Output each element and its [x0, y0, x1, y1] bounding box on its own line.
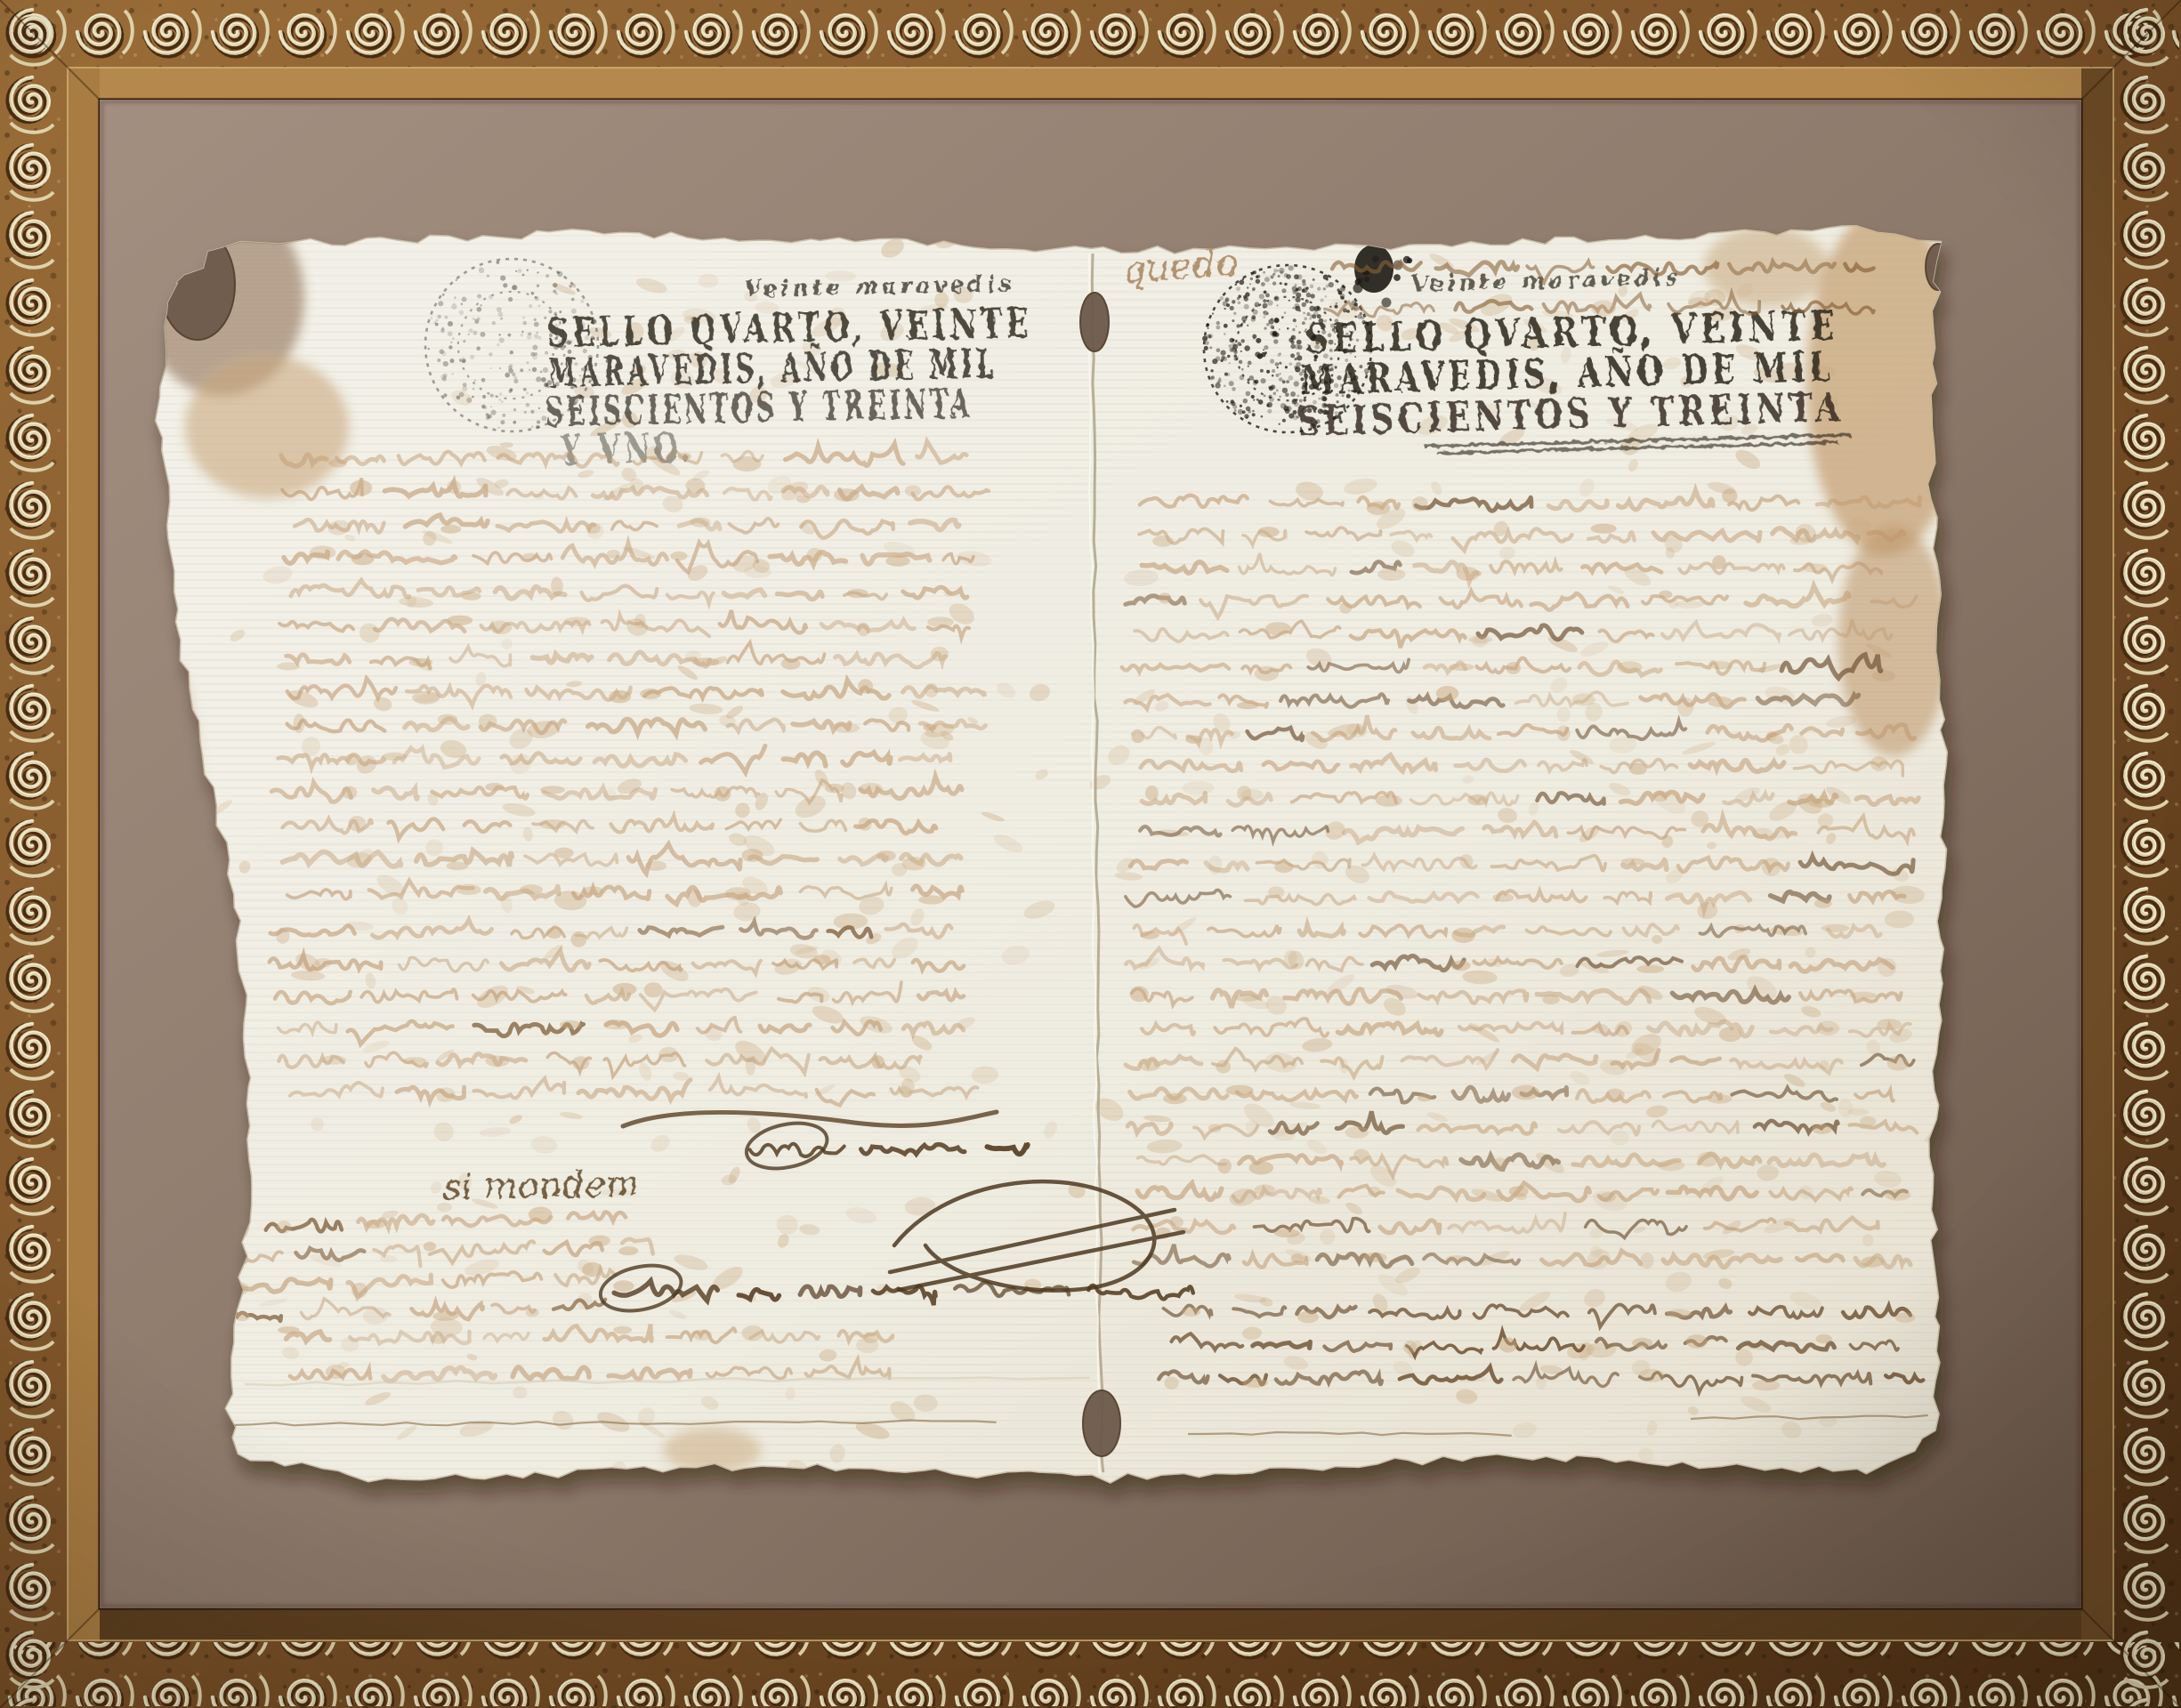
framed-document-photo: Veinte maravedis SELLO QVARTO, VEINTE MA…: [0, 0, 2181, 1708]
photo-vignette: [0, 0, 2181, 1708]
